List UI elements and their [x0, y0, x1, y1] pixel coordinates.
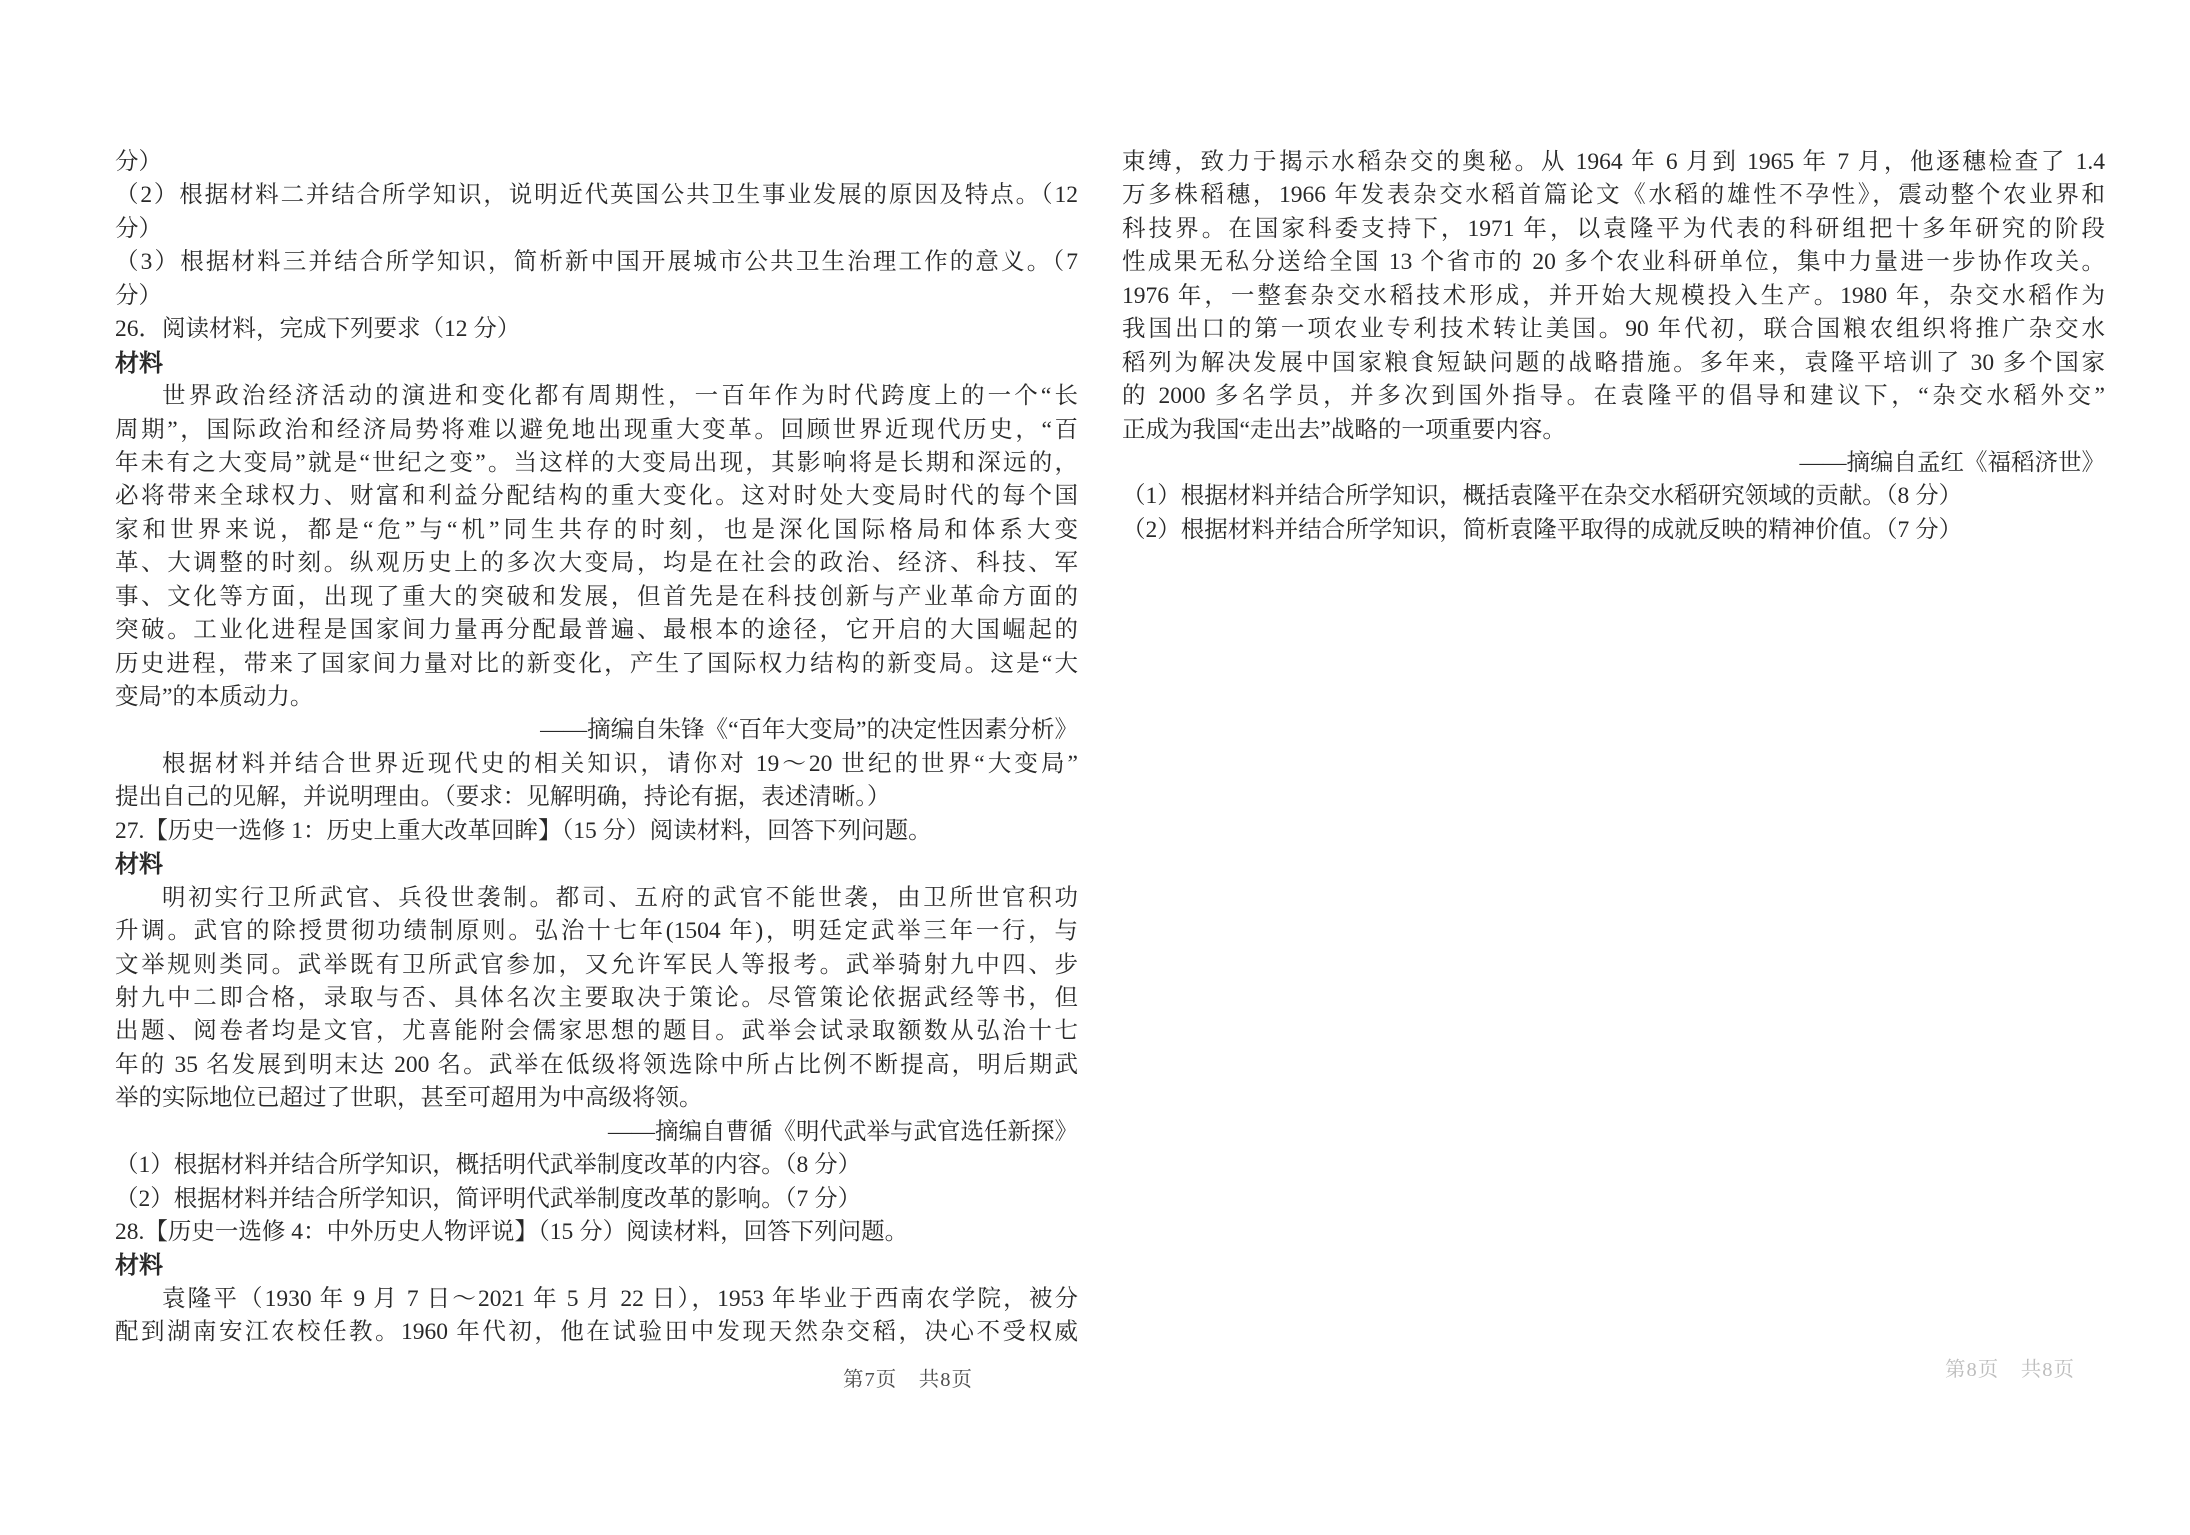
page-7-text-column: 分） （2）根据材料二并结合所学知识，说明近代英国公共卫生事业发展的原因及特点。…: [115, 146, 1078, 1350]
text-line: 正成为我国“走出去”战略的一项重要内容。: [1122, 414, 2105, 447]
text-line: 束缚，致力于揭示水稻杂交的奥秘。从 1964 年 6 月到 1965 年 7 月…: [1122, 146, 2105, 179]
text-line: 年的 35 名发展到明末达 200 名。武举在低级将领选除中所占比例不断提高，明…: [115, 1049, 1078, 1082]
text-line: 射九中二即合格，录取与否、具体名次主要取决于策论。尽管策论依据武经等书，但: [115, 982, 1078, 1015]
text-line: 1976 年，一整套杂交水稻技术形成，并开始大规模投入生产。1980 年，杂交水…: [1122, 280, 2105, 313]
text-line: 必将带来全球权力、财富和利益分配结构的重大变化。这对时处大变局时代的每个国: [115, 480, 1078, 513]
page-number: 第7页 共8页: [843, 1362, 973, 1392]
text-line: 分）: [115, 213, 1078, 246]
question-27-header: 27.【历史一选修 1：历史上重大改革回眸】（15 分）阅读材料，回答下列问题。: [115, 815, 1078, 848]
text-line: 历史进程，带来了国家间力量对比的新变化，产生了国际权力结构的新变局。这是“大: [115, 648, 1078, 681]
material-label: 材料: [115, 848, 1078, 881]
material-label: 材料: [115, 347, 1078, 380]
material-label: 材料: [115, 1249, 1078, 1282]
text-line: 文举规则类同。武举既有卫所武官参加，又允许军民人等报考。武举骑射九中四、步: [115, 949, 1078, 982]
sub-question: （3）根据材料三并结合所学知识，简析新中国开展城市公共卫生治理工作的意义。（7: [115, 246, 1078, 279]
text-line: 科技界。在国家科委支持下，1971 年，以袁隆平为代表的科研组把十多年研究的阶段: [1122, 213, 2105, 246]
text-line: 分）: [115, 280, 1078, 313]
text-line: 家和世界来说，都是“危”与“机”同生共存的时刻，也是深化国际格局和体系大变: [115, 514, 1078, 547]
question-28-header: 28.【历史一选修 4：中外历史人物评说】（15 分）阅读材料，回答下列问题。: [115, 1216, 1078, 1249]
text-line: 举的实际地位已超过了世职，甚至可超用为中高级将领。: [115, 1082, 1078, 1115]
source-citation: ——摘编自曹循《明代武举与武官选任新探》: [115, 1116, 1078, 1149]
text-line: 性成果无私分送给全国 13 个省市的 20 多个农业科研单位，集中力量进一步协作…: [1122, 246, 2105, 279]
source-citation: ——摘编自朱锋《“百年大变局”的决定性因素分析》: [115, 714, 1078, 747]
sub-question: （2）根据材料并结合所学知识，简析袁隆平取得的成就反映的精神价值。（7 分）: [1122, 514, 2105, 547]
text-line: 根据材料并结合世界近现代史的相关知识，请你对 19～20 世纪的世界“大变局”: [115, 748, 1078, 781]
text-line: 事、文化等方面，出现了重大的突破和发展，但首先是在科技创新与产业革命方面的: [115, 581, 1078, 614]
text-line: 突破。工业化进程是国家间力量再分配最普遍、最根本的途径，它开启的大国崛起的: [115, 614, 1078, 647]
sub-question: （2）根据材料二并结合所学知识，说明近代英国公共卫生事业发展的原因及特点。（12: [115, 179, 1078, 212]
sub-question: （1）根据材料并结合所学知识，概括明代武举制度改革的内容。（8 分）: [115, 1149, 1078, 1182]
sub-question: （1）根据材料并结合所学知识，概括袁隆平在杂交水稻研究领域的贡献。（8 分）: [1122, 480, 2105, 513]
text-line: 明初实行卫所武官、兵役世袭制。都司、五府的武官不能世袭，由卫所世官积功: [115, 882, 1078, 915]
page-8-text-column: 束缚，致力于揭示水稻杂交的奥秘。从 1964 年 6 月到 1965 年 7 月…: [1122, 146, 2105, 547]
text-line: 稻列为解决发展中国家粮食短缺问题的战略措施。多年来，袁隆平培训了 30 多个国家: [1122, 347, 2105, 380]
text-line: 变局”的本质动力。: [115, 681, 1078, 714]
source-citation: ——摘编自孟红《福稻济世》: [1122, 447, 2105, 480]
text-line: 分）: [115, 146, 1078, 179]
text-line: 世界政治经济活动的演进和变化都有周期性，一百年作为时代跨度上的一个“长: [115, 380, 1078, 413]
question-26-header: 26．阅读材料，完成下列要求（12 分）: [115, 313, 1078, 346]
text-line: 的 2000 多名学员，并多次到国外指导。在袁隆平的倡导和建议下，“杂交水稻外交…: [1122, 380, 2105, 413]
text-line: 提出自己的见解，并说明理由。（要求：见解明确，持论有据，表述清晰。）: [115, 781, 1078, 814]
text-line: 万多株稻穗，1966 年发表杂交水稻首篇论文《水稻的雄性不孕性》，震动整个农业界…: [1122, 179, 2105, 212]
text-line: 革、大调整的时刻。纵观历史上的多次大变局，均是在社会的政治、经济、科技、军: [115, 547, 1078, 580]
text-line: 周期”，国际政治和经济局势将难以避免地出现重大变革。回顾世界近现代历史，“百: [115, 414, 1078, 447]
text-line: 升调。武官的除授贯彻功绩制原则。弘治十七年(1504 年)，明廷定武举三年一行，…: [115, 915, 1078, 948]
sub-question: （2）根据材料并结合所学知识，简评明代武举制度改革的影响。（7 分）: [115, 1183, 1078, 1216]
text-line: 袁隆平（1930 年 9 月 7 日～2021 年 5 月 22 日），1953…: [115, 1283, 1078, 1316]
text-line: 我国出口的第一项农业专利技术转让美国。90 年代初，联合国粮农组织将推广杂交水: [1122, 313, 2105, 346]
text-line: 年未有之大变局”就是“世纪之变”。当这样的大变局出现，其影响将是长期和深远的，: [115, 447, 1078, 480]
text-line: 出题、阅卷者均是文官，尤喜能附会儒家思想的题目。武举会试录取额数从弘治十七: [115, 1015, 1078, 1048]
page-number: 第8页 共8页: [1945, 1352, 2075, 1382]
text-line: 配到湖南安江农校任教。1960 年代初，他在试验田中发现天然杂交稻，决心不受权威: [115, 1316, 1078, 1349]
